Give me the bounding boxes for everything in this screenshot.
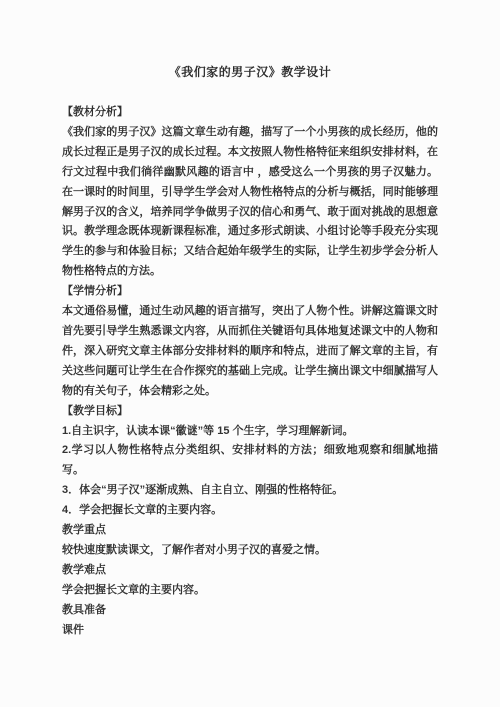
teaching-aids-label: 教具准备: [62, 601, 438, 621]
objective-item-3: 3．体会“男子汉”逐渐成熟、自主自立、刚强的性格特征。: [62, 481, 438, 501]
section-heading-material-analysis: 【教材分析】: [62, 103, 438, 123]
section-heading-learner-analysis: 【学情分析】: [62, 282, 438, 302]
teaching-focus-label: 教学重点: [62, 521, 438, 541]
teaching-difficulty-label: 教学难点: [62, 561, 438, 581]
document-page: 《我们家的男子汉》教学设计 【教材分析】 《我们家的男子汉》这篇文章生动有趣，描…: [0, 0, 500, 707]
section-heading-teaching-objectives: 【教学目标】: [62, 402, 438, 422]
teaching-focus-content: 较快速度默读课文，了解作者对小男子汉的喜爱之情。: [62, 541, 438, 561]
teaching-difficulty-content: 学会把握长文章的主要内容。: [62, 581, 438, 601]
material-analysis-paragraph: 《我们家的男子汉》这篇文章生动有趣，描写了一个小男孩的成长经历，他的成长过程正是…: [62, 123, 438, 282]
objective-item-4: 4．学会把握长文章的主要内容。: [62, 501, 438, 521]
document-body: 【教材分析】 《我们家的男子汉》这篇文章生动有趣，描写了一个小男孩的成长经历，他…: [62, 103, 438, 640]
document-title: 《我们家的男子汉》教学设计: [62, 64, 438, 80]
objective-item-2: 2.学习以人物性格特点分类组织、安排材料的方法；细致地观察和细腻地描写。: [62, 441, 438, 481]
teaching-aids-content: 课件: [62, 621, 438, 641]
learner-analysis-paragraph: 本文通俗易懂，通过生动风趣的语言描写，突出了人物个性。讲解这篇课文时首先要引导学…: [62, 302, 438, 402]
objective-item-1: 1.自主识字，认读本课“徽谜”等 15 个生字，学习理解新词。: [62, 422, 438, 442]
